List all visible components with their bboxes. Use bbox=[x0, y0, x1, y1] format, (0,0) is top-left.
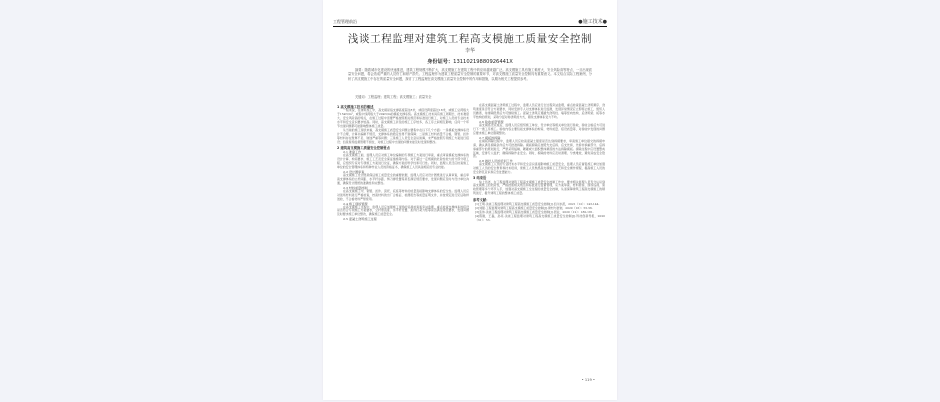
body-paragraph: 在模板拆除过程中，监理人员应检查混凝土强度是否达到拆模要求，审查施工单位提交的拆… bbox=[473, 140, 605, 160]
id-value: 13110219880926441X bbox=[453, 59, 513, 65]
right-column-body: 在高支模混凝土浇筑施工过程中，监理人员应进行全过程旁站监理，重点检查混凝土浇筑顺… bbox=[473, 104, 605, 196]
reference-item: [4]陈刚，王磊，孙亮.浅谈工程监理对建筑工程高支模施工质量安全控制[J].科技… bbox=[473, 215, 605, 223]
article-title: 浅谈工程监理对建筑工程高支模施工质量安全控制 bbox=[323, 31, 617, 46]
body-paragraph: 一般来说，在建筑施工中，高支模是指支撑高度超过8米，或搭设跨度超过18米，或施工… bbox=[337, 109, 469, 129]
body-paragraph: 在高支模施工前，监理人员应对施工单位编制的专项施工方案进行审查，重点审查模板支撑… bbox=[337, 154, 469, 170]
id-label: 身份证号： bbox=[427, 59, 453, 65]
body-paragraph: 高支模施工人员的专业技术水平和安全意识直接影响施工质量安全，监理人员应督促施工单… bbox=[473, 163, 605, 175]
body-paragraph: 在高支模混凝土浇筑施工过程中，监理人员应进行全过程旁站监理，重点检查混凝土浇筑顺… bbox=[473, 104, 605, 120]
author-name: 李华 bbox=[323, 47, 617, 54]
body-paragraph: 高支模搭设完成后，监理人员应组织施工单位、设计单位等相关单位进行验收，验收合格后… bbox=[473, 124, 605, 136]
page-number: • 119 • bbox=[582, 378, 595, 382]
body-paragraph: 在高支模施工过程中，监理人员应加强施工现场的巡视检查和旁站监理，重点检查支撑体系… bbox=[337, 206, 469, 218]
body-paragraph: 综上所述，在工程监理对建筑工程高支模施工质量安全控制工作中，要求相关监理人员充分… bbox=[473, 181, 605, 197]
abstract: 摘要：随着城市化建设的快速推进，建筑工程规模不断扩大，高支模施工在建筑工程中的应… bbox=[348, 68, 592, 81]
right-column: 在高支模混凝土浇筑施工过程中，监理人员应进行全过程旁站监理，重点检查混凝土浇筑顺… bbox=[473, 104, 605, 223]
references-list: [1]王明.浅谈工程监理对建筑工程高支模施工质量安全控制[J].四川水泥，202… bbox=[473, 203, 605, 223]
body-paragraph: 从当前的施工现状来看，高支模施工质量安全问题主要集中在以下几个方面：一是模板支撑… bbox=[337, 129, 469, 145]
running-header: 工程管理前沿 ●施工技术● bbox=[333, 18, 607, 27]
left-column: 1 高支模施工技术的概述一般来说，在建筑施工中，高支模是指支撑高度超过8米，或搭… bbox=[337, 104, 469, 221]
section-label: ●施工技术● bbox=[578, 18, 607, 25]
document-page: 工程管理前沿 ●施工技术● 浅谈工程监理对建筑工程高支模施工质量安全控制 李华 … bbox=[323, 0, 617, 400]
body-paragraph: 在高支模施工中，钢管、扣件、顶托、底座等材料的质量直接影响支撑体系的安全性。监理… bbox=[337, 190, 469, 202]
journal-name: 工程管理前沿 bbox=[333, 19, 357, 25]
subsection-heading: 2.5 混凝土浇筑施工过程 bbox=[337, 217, 469, 221]
id-line: 身份证号：13110219880926441X bbox=[323, 58, 617, 65]
keywords: 关键词：工程监理；建筑工程；高支模施工；质量安全 bbox=[348, 95, 592, 99]
body-paragraph: 高支模施工设计图是保证施工质量安全的重要依据，监理人员应对设计图纸进行认真审查，… bbox=[337, 174, 469, 186]
